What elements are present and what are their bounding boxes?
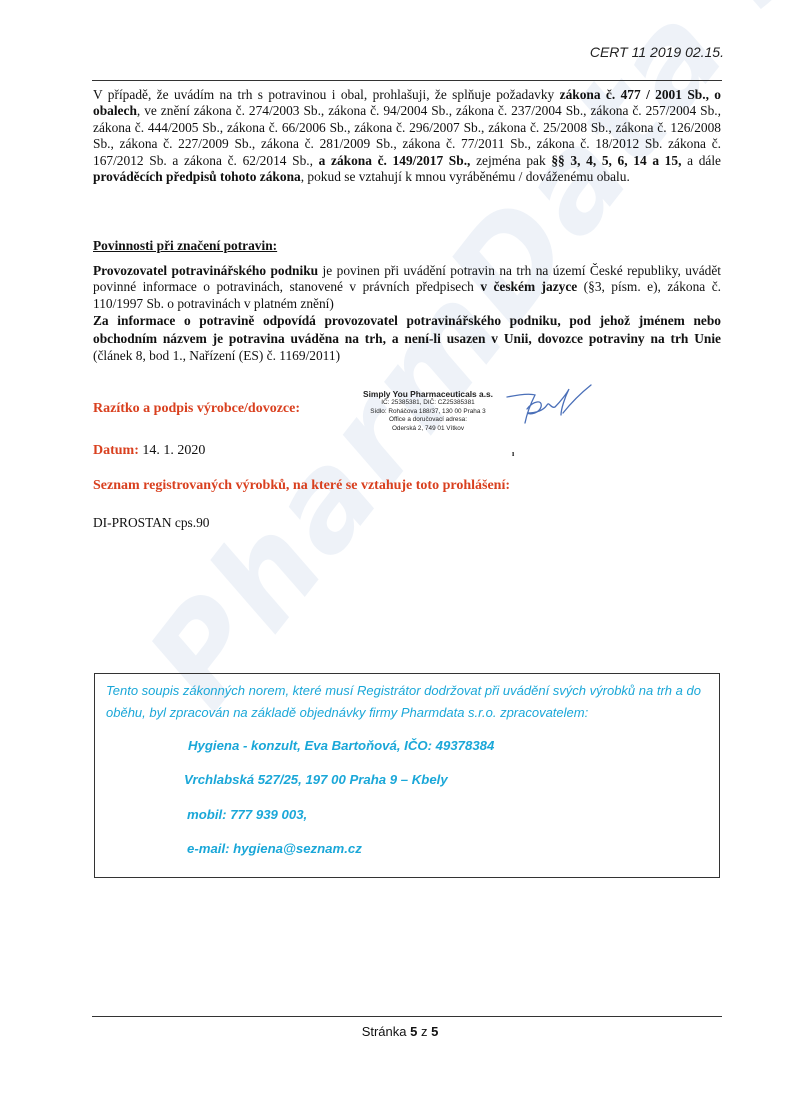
labeling-obligations-heading: Povinnosti při značení potravin: <box>93 238 277 254</box>
page-separator: z <box>417 1024 431 1039</box>
responsibility-paragraph: Za informace o potravině odpovídá provoz… <box>93 312 721 365</box>
stamp-seat: Sídlo: Roháčova 188/37, 130 00 Praha 3 <box>353 408 503 417</box>
text-run: , pokud se vztahují k mnou vyráběnému / … <box>301 169 630 184</box>
bold-run: Provozovatel potravinářského podniku <box>93 263 318 278</box>
bold-run: a zákona č. 149/2017 Sb., <box>313 153 470 168</box>
operator-obligation-paragraph: Provozovatel potravinářského podniku je … <box>93 263 721 312</box>
page-label: Stránka <box>362 1024 410 1039</box>
registered-products-heading: Seznam registrovaných výrobků, na které … <box>93 478 510 494</box>
bold-run: v českém jazyce <box>480 279 577 294</box>
company-stamp: Simply You Pharmaceuticals a.s. IČ: 2538… <box>353 389 503 433</box>
page-total: 5 <box>431 1024 438 1039</box>
date-label: Datum: <box>93 443 139 458</box>
date-field: Datum: 14. 1. 2020 <box>93 443 205 459</box>
text-run: V případě, že uvádím na trh s potravinou… <box>93 87 560 102</box>
stamp-office-label: Office a doručovací adresa: <box>353 416 503 425</box>
processor-name: Hygiena - konzult, Eva Bartoňová, IČO: 4… <box>188 738 494 753</box>
bold-run: prováděcích předpisů tohoto zákona <box>93 169 301 184</box>
page-number: Stránka 5 z 5 <box>0 1024 800 1039</box>
stamp-ids: IČ: 25385381, DIČ: CZ25385381 <box>353 399 503 408</box>
processor-info-box: Tento soupis zákonných norem, které musí… <box>94 673 720 878</box>
bold-run: Za informace o potravině odpovídá provoz… <box>93 313 721 346</box>
stamp-signature-label: Razítko a podpis výrobce/dovozce: <box>93 401 300 417</box>
text-run: (článek 8, bod 1., Nařízení (ES) č. 1169… <box>93 348 340 363</box>
footer-divider <box>92 1016 722 1017</box>
packaging-declaration-paragraph: V případě, že uvádím na trh s potravinou… <box>93 87 721 185</box>
stamp-company-name: Simply You Pharmaceuticals a.s. <box>353 389 503 399</box>
header-divider <box>92 80 722 81</box>
bold-run: §§ 3, 4, 5, 6, 14 a 15, <box>551 153 681 168</box>
stamp-mark: ı <box>512 449 514 458</box>
text-run: a dále <box>681 153 721 168</box>
processor-mobile: mobil: 777 939 003, <box>187 807 307 822</box>
text-run: zejména pak <box>470 153 551 168</box>
handwritten-signature <box>505 383 595 427</box>
processor-address: Vrchlabská 527/25, 197 00 Praha 9 – Kbel… <box>184 772 448 787</box>
certificate-code: CERT 11 2019 02.15. <box>590 44 724 60</box>
stamp-office-address: Oderská 2, 749 01 Vítkov <box>353 425 503 434</box>
date-value: 14. 1. 2020 <box>139 443 206 458</box>
processor-intro: Tento soupis zákonných norem, které musí… <box>106 680 716 724</box>
processor-email[interactable]: e-mail: hygiena@seznam.cz <box>187 841 362 856</box>
product-item: DI-PROSTAN cps.90 <box>93 515 209 531</box>
